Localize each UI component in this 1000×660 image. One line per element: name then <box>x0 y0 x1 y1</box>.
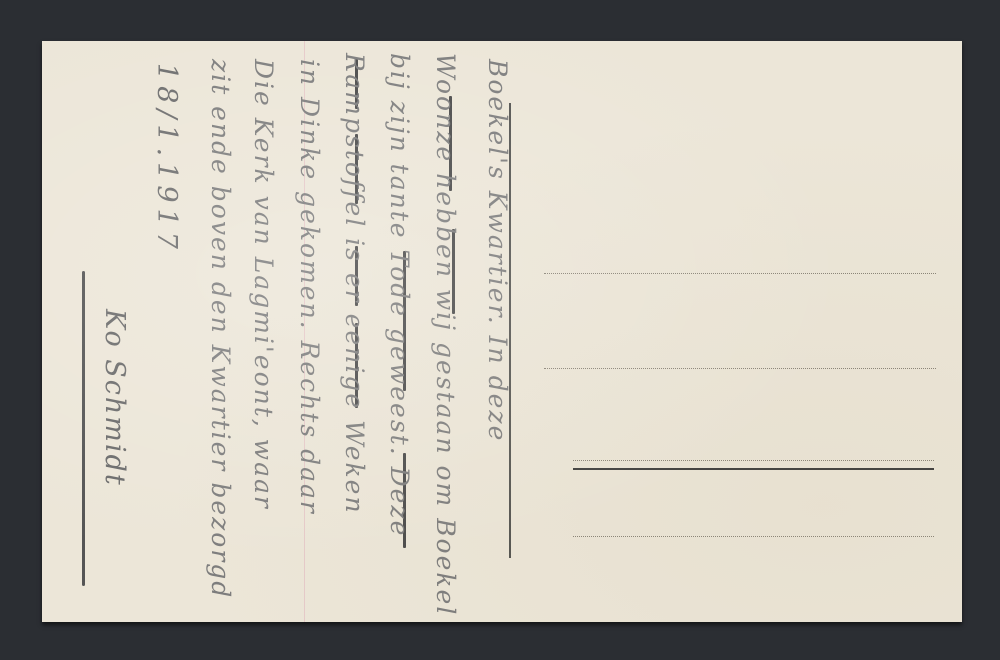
signature: Ko Schmidt <box>99 309 130 487</box>
signature-flourish <box>82 271 85 586</box>
handwritten-message: Boekel's Kwartier. In deze Woonze hebben… <box>42 41 962 622</box>
message-line-1: Boekel's Kwartier. In deze <box>483 59 512 442</box>
message-line-7: zit ende boven den Kwartier bezorgd <box>206 59 235 599</box>
date: 18/1.1917 <box>151 63 182 255</box>
postcard-back: Boekel's Kwartier. In deze Woonze hebben… <box>42 41 962 622</box>
message-line-4: Rampstoffel is er eenige Weken <box>340 53 369 515</box>
message-line-5: in Dinke gekomen. Rechts daar <box>295 59 324 515</box>
message-line-2: Woonze hebben wij gestaan om Boekel <box>431 53 460 616</box>
message-line-6: Die Kerk van Lagmi'eont, waar <box>249 59 278 510</box>
message-line-3: bij zijn tante Tode geweest. Deze <box>385 53 414 537</box>
